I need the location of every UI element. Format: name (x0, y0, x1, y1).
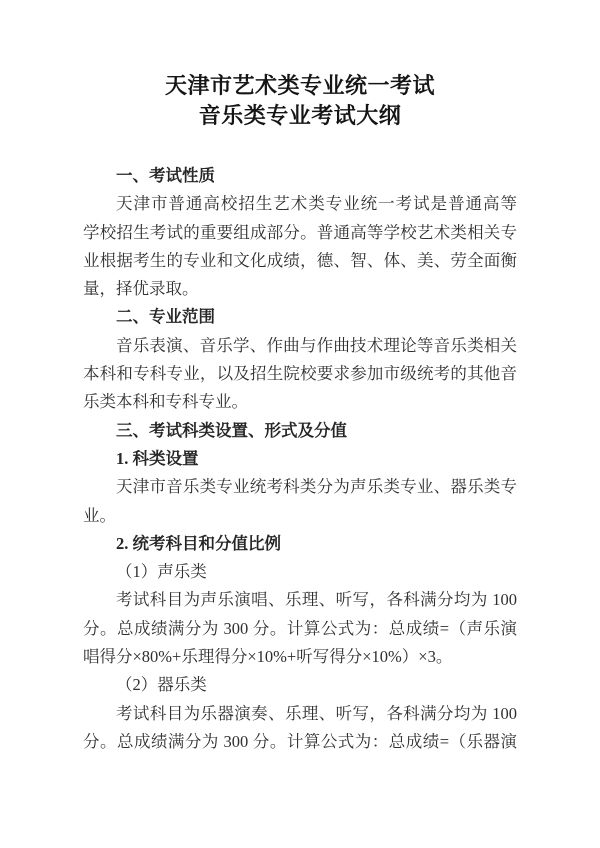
document-text-line: 音乐表演、音乐学、作曲与作曲技术理论等音乐类相关 (83, 332, 517, 360)
document-heading-line: 一、考试性质 (83, 162, 517, 190)
document-text-line: 唱得分×80%+乐理得分×10%+听写得分×10%）×3。 (83, 643, 517, 671)
document-heading-line: 三、考试科类设置、形式及分值 (83, 417, 517, 445)
document-text-line: 量，择优录取。 (83, 275, 517, 303)
document-text-line: 天津市音乐类专业统考科类分为声乐类专业、器乐类专 (83, 473, 517, 501)
document-text-line: 考试科目为乐器演奏、乐理、听写，各科满分均为 100 (83, 700, 517, 728)
document-title-line1: 天津市艺术类专业统一考试 (0, 71, 600, 101)
document-text-line: （2）器乐类 (83, 671, 517, 699)
document-text-line: 学校招生考试的重要组成部分。普通高等学校艺术类相关专 (83, 219, 517, 247)
document-body: 一、考试性质天津市普通高校招生艺术类专业统一考试是普通高等学校招生考试的重要组成… (83, 162, 517, 756)
document-text-line: 分。总成绩满分为 300 分。计算公式为：总成绩=（乐器演 (83, 728, 517, 756)
document-text-line: 业。 (83, 502, 517, 530)
document-heading-line: 二、专业范围 (83, 303, 517, 331)
document-text-line: （1）声乐类 (83, 558, 517, 586)
document-heading-line: 1. 科类设置 (83, 445, 517, 473)
document-title-line2: 音乐类专业考试大纲 (0, 101, 600, 131)
document-text-line: 分。总成绩满分为 300 分。计算公式为：总成绩=（声乐演 (83, 615, 517, 643)
document-text-line: 本科和专科专业，以及招生院校要求参加市级统考的其他音 (83, 360, 517, 388)
document-text-line: 考试科目为声乐演唱、乐理、听写，各科满分均为 100 (83, 586, 517, 614)
document-heading-line: 2. 统考科目和分值比例 (83, 530, 517, 558)
document-page: 天津市艺术类专业统一考试 音乐类专业考试大纲 一、考试性质天津市普通高校招生艺术… (0, 0, 600, 848)
document-text-line: 天津市普通高校招生艺术类专业统一考试是普通高等 (83, 190, 517, 218)
document-text-line: 乐类本科和专科专业。 (83, 388, 517, 416)
document-title: 天津市艺术类专业统一考试 音乐类专业考试大纲 (0, 71, 600, 131)
document-text-line: 业根据考生的专业和文化成绩，德、智、体、美、劳全面衡 (83, 247, 517, 275)
